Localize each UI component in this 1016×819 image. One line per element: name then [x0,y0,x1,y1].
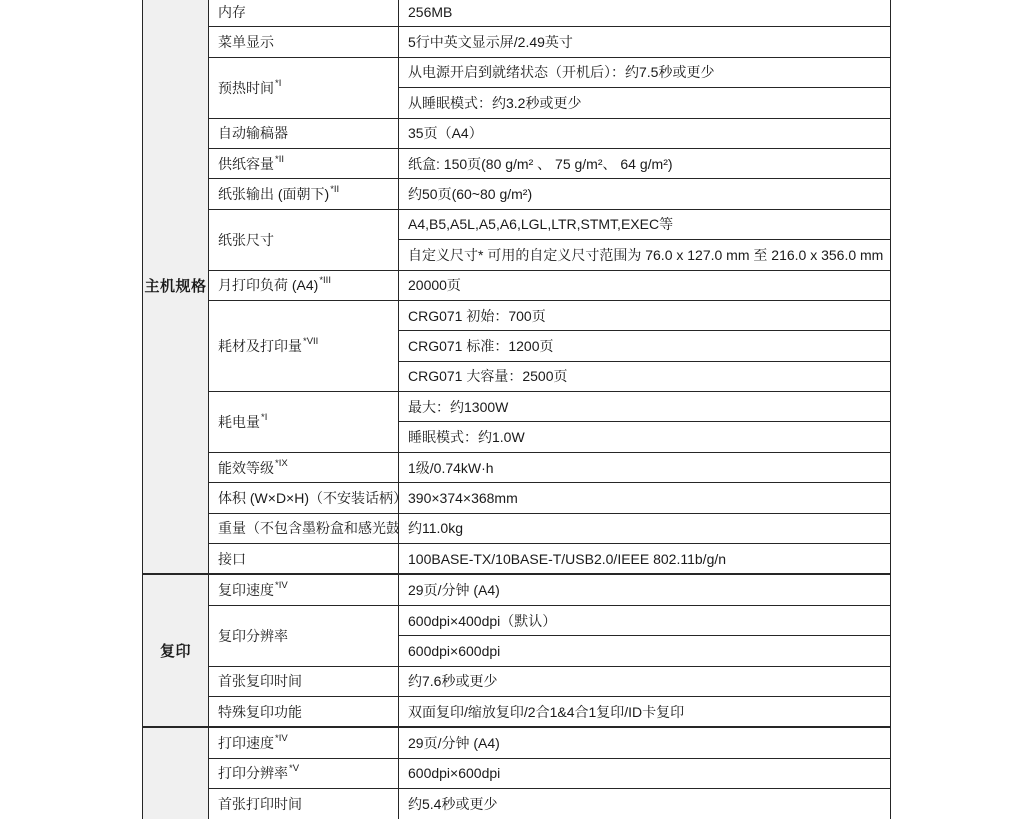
section-rows: 内存256MB菜单显示5行中英文显示屏/2.49英寸预热时间*I从电源开启到就绪… [209,0,890,573]
spec-value: 约5.4秒或更少 [399,789,890,809]
spec-value: 约11.0kg [399,514,890,543]
spec-label-text: 打印速度 [218,733,274,753]
spec-value: 390×374×368mm [399,483,890,512]
table-row: 内存256MB [209,0,890,27]
section-rows: 复印速度*IV29页/分钟 (A4)复印分辨率600dpi×400dpi（默认）… [209,575,890,726]
spec-values: 5行中英文显示屏/2.49英寸 [399,27,890,56]
spec-values: 1级/0.74kW·h [399,453,890,482]
spec-label-text: 纸张尺寸 [218,230,274,250]
spec-values: 从电源开启到就绪状态（开机后）：约7.5秒或更少从睡眠模式：约3.2秒或更少 [399,58,890,118]
spec-label-text: 体积 (W×D×H)（不安装话柄） [218,488,399,508]
table-row: 复印速度*IV29页/分钟 (A4) [209,575,890,605]
spec-label: 内存 [209,0,399,26]
spec-label: 重量（不包含墨粉盒和感光鼓） [209,514,399,543]
spec-values: 600dpi×600dpi [399,759,890,788]
category-cell [143,728,209,809]
spec-label: 接口 [209,544,399,573]
spec-label-text: 打印分辨率 [218,763,288,783]
section-rows: 打印速度*IV29页/分钟 (A4)打印分辨率*V600dpi×600dpi首张… [209,728,890,809]
spec-value: 睡眠模式：约1.0W [399,422,890,451]
table-row: 纸张尺寸A4,B5,A5L,A5,A6,LGL,LTR,STMT,EXEC等自定… [209,210,890,271]
table-row: 能效等级*IX1级/0.74kW·h [209,453,890,483]
spec-label-text: 预热时间 [218,78,274,98]
table-row: 复印分辨率600dpi×400dpi（默认）600dpi×600dpi [209,606,890,667]
spec-value: 29页/分钟 (A4) [399,728,890,757]
spec-label: 打印分辨率*V [209,759,399,788]
spec-table: 主机规格内存256MB菜单显示5行中英文显示屏/2.49英寸预热时间*I从电源开… [142,0,891,809]
spec-value: 600dpi×600dpi [399,759,890,788]
category-cell: 主机规格 [143,0,209,573]
spec-label: 首张打印时间 [209,789,399,809]
spec-section: 复印复印速度*IV29页/分钟 (A4)复印分辨率600dpi×400dpi（默… [143,575,890,728]
spec-value: 约50页(60~80 g/m²) [399,179,890,208]
spec-value: 1级/0.74kW·h [399,453,890,482]
spec-values: 29页/分钟 (A4) [399,575,890,604]
spec-values: 约5.4秒或更少 [399,789,890,809]
table-row: 打印速度*IV29页/分钟 (A4) [209,728,890,758]
spec-label: 体积 (W×D×H)（不安装话柄） [209,483,399,512]
spec-label: 纸张输出 (面朝下)*II [209,179,399,208]
spec-value: CRG071 初始：700页 [399,301,890,331]
spec-label: 供纸容量*II [209,149,399,178]
table-row: 月打印负荷 (A4)*III20000页 [209,271,890,301]
spec-value: 5行中英文显示屏/2.49英寸 [399,27,890,56]
table-row: 供纸容量*II纸盒: 150页(80 g/m² 、 75 g/m²、 64 g/… [209,149,890,179]
spec-label: 能效等级*IX [209,453,399,482]
spec-label-text: 重量（不包含墨粉盒和感光鼓） [218,518,399,538]
spec-value: 256MB [399,0,890,26]
table-row: 特殊复印功能双面复印/缩放复印/2合1&4合1复印/ID卡复印 [209,697,890,726]
table-row: 耗材及打印量*VIICRG071 初始：700页CRG071 标准：1200页C… [209,301,890,392]
spec-value: 600dpi×600dpi [399,636,890,665]
spec-label-text: 能效等级 [218,458,274,478]
table-row: 打印分辨率*V600dpi×600dpi [209,759,890,789]
spec-values: 35页（A4） [399,119,890,148]
table-row: 耗电量*I最大：约1300W睡眠模式：约1.0W [209,392,890,453]
spec-value: 100BASE-TX/10BASE-T/USB2.0/IEEE 802.11b/… [399,544,890,573]
spec-values: 最大：约1300W睡眠模式：约1.0W [399,392,890,452]
spec-label-text: 自动输稿器 [218,123,288,143]
spec-label: 菜单显示 [209,27,399,56]
table-row: 接口100BASE-TX/10BASE-T/USB2.0/IEEE 802.11… [209,544,890,573]
spec-value: 35页（A4） [399,119,890,148]
spec-value: 600dpi×400dpi（默认） [399,606,890,636]
table-row: 自动输稿器35页（A4） [209,119,890,149]
spec-label-text: 接口 [218,549,246,569]
spec-values: 约50页(60~80 g/m²) [399,179,890,208]
spec-value: A4,B5,A5L,A5,A6,LGL,LTR,STMT,EXEC等 [399,210,890,240]
spec-values: 20000页 [399,271,890,300]
spec-values: 约7.6秒或更少 [399,667,890,696]
spec-label: 特殊复印功能 [209,697,399,726]
spec-label-text: 复印分辨率 [218,626,288,646]
spec-values: 约11.0kg [399,514,890,543]
spec-label: 耗材及打印量*VII [209,301,399,391]
spec-label-text: 首张打印时间 [218,794,302,809]
spec-label-text: 特殊复印功能 [218,702,302,722]
spec-label: 打印速度*IV [209,728,399,757]
spec-value: 自定义尺寸* 可用的自定义尺寸范围为 76.0 x 127.0 mm 至 216… [399,240,890,269]
spec-label: 自动输稿器 [209,119,399,148]
spec-values: 390×374×368mm [399,483,890,512]
spec-value: 从睡眠模式：约3.2秒或更少 [399,88,890,117]
spec-values: 29页/分钟 (A4) [399,728,890,757]
spec-section: 主机规格内存256MB菜单显示5行中英文显示屏/2.49英寸预热时间*I从电源开… [143,0,890,575]
spec-values: 100BASE-TX/10BASE-T/USB2.0/IEEE 802.11b/… [399,544,890,573]
spec-label-text: 纸张输出 (面朝下) [218,184,329,204]
spec-label: 纸张尺寸 [209,210,399,270]
spec-label-text: 菜单显示 [218,32,274,52]
table-row: 菜单显示5行中英文显示屏/2.49英寸 [209,27,890,57]
spec-value: 20000页 [399,271,890,300]
spec-value: CRG071 标准：1200页 [399,331,890,361]
spec-values: 256MB [399,0,890,26]
spec-label-text: 复印速度 [218,580,274,600]
spec-label: 耗电量*I [209,392,399,452]
table-row: 首张打印时间约5.4秒或更少 [209,789,890,809]
spec-label-text: 月打印负荷 (A4) [218,275,318,295]
spec-value: 从电源开启到就绪状态（开机后）：约7.5秒或更少 [399,58,890,88]
category-cell: 复印 [143,575,209,726]
spec-label-text: 耗电量 [218,412,260,432]
spec-label: 复印速度*IV [209,575,399,604]
spec-label: 复印分辨率 [209,606,399,666]
spec-values: 双面复印/缩放复印/2合1&4合1复印/ID卡复印 [399,697,890,726]
spec-label: 首张复印时间 [209,667,399,696]
spec-label: 预热时间*I [209,58,399,118]
spec-value: 29页/分钟 (A4) [399,575,890,604]
spec-section: 打印速度*IV29页/分钟 (A4)打印分辨率*V600dpi×600dpi首张… [143,728,890,809]
spec-values: 纸盒: 150页(80 g/m² 、 75 g/m²、 64 g/m²) [399,149,890,178]
spec-label-text: 首张复印时间 [218,671,302,691]
spec-label: 月打印负荷 (A4)*III [209,271,399,300]
spec-value: 纸盒: 150页(80 g/m² 、 75 g/m²、 64 g/m²) [399,149,890,178]
spec-label-text: 内存 [218,2,246,22]
spec-value: 约7.6秒或更少 [399,667,890,696]
spec-values: CRG071 初始：700页CRG071 标准：1200页CRG071 大容量：… [399,301,890,391]
table-row: 首张复印时间约7.6秒或更少 [209,667,890,697]
spec-label-text: 耗材及打印量 [218,336,302,356]
spec-value: CRG071 大容量：2500页 [399,362,890,391]
table-row: 重量（不包含墨粉盒和感光鼓）约11.0kg [209,514,890,544]
spec-label-text: 供纸容量 [218,154,274,174]
spec-value: 最大：约1300W [399,392,890,422]
spec-value: 双面复印/缩放复印/2合1&4合1复印/ID卡复印 [399,697,890,726]
table-row: 体积 (W×D×H)（不安装话柄）390×374×368mm [209,483,890,513]
table-row: 预热时间*I从电源开启到就绪状态（开机后）：约7.5秒或更少从睡眠模式：约3.2… [209,58,890,119]
table-row: 纸张输出 (面朝下)*II约50页(60~80 g/m²) [209,179,890,209]
spec-values: A4,B5,A5L,A5,A6,LGL,LTR,STMT,EXEC等自定义尺寸*… [399,210,890,270]
spec-values: 600dpi×400dpi（默认）600dpi×600dpi [399,606,890,666]
